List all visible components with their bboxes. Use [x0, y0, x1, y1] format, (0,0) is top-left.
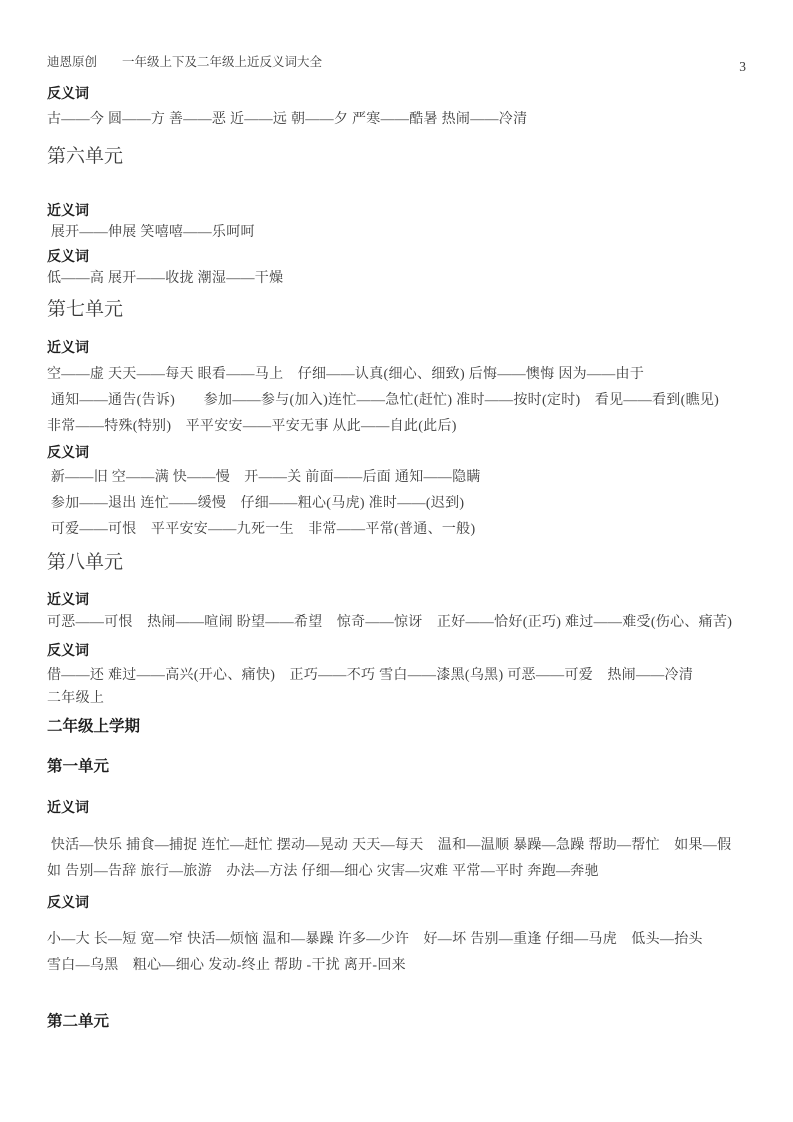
synonyms-word-list: 快活—快乐 捕食—捕捉 连忙—赶忙 摆动—晃动 天天—每天 温和—温顺 暴躁—急… [47, 833, 751, 885]
unit-7-heading: 第七单元 [47, 296, 751, 323]
synonyms-word-list: 空——虚 天天——每天 眼看——马上 仔细——认真(细心、细致) 后悔——懊悔 … [47, 362, 751, 440]
page-number: 3 [739, 58, 746, 75]
synonyms-word-list: 展开——伸展 笑嘻嘻——乐呵呵 [47, 220, 751, 246]
antonyms-word-list: 古——今 圆——方 善——恶 近——远 朝——夕 严寒——酷暑 热闹——冷清 [47, 107, 751, 133]
synonyms-label: 近义词 [47, 797, 751, 817]
antonyms-label: 反义词 [47, 892, 751, 912]
synonyms-label: 近义词 [47, 589, 751, 609]
synonyms-label: 近义词 [47, 200, 751, 220]
synonyms-label: 近义词 [47, 337, 751, 357]
unit-6-heading: 第六单元 [47, 143, 751, 170]
unit-2-heading: 第二单元 [47, 1011, 751, 1033]
antonyms-label: 反义词 [47, 83, 751, 103]
unit-8-heading: 第八单元 [47, 549, 751, 576]
antonyms-label: 反义词 [47, 640, 751, 660]
doc-title: 迪恩原创 一年级上下及二年级上近反义词大全 [47, 54, 322, 71]
antonyms-word-list: 小—大 长—短 宽—窄 快活—烦恼 温和—暴躁 许多—少许 好—坏 告别—重逢 … [47, 927, 751, 979]
antonyms-word-list: 新——旧 空——满 快——慢 开——关 前面——后面 通知——隐瞒 参加——退出… [47, 465, 751, 543]
antonyms-label: 反义词 [47, 442, 751, 462]
grade2-semester-heading: 二年级上学期 [47, 716, 751, 738]
page-header: 迪恩原创 一年级上下及二年级上近反义词大全 3 [47, 54, 751, 75]
synonyms-word-list: 可恶——可恨 热闹——喧闹 盼望——希望 惊奇——惊讶 正好——恰好(正巧) 难… [47, 610, 751, 636]
antonyms-word-list: 低——高 展开——收拢 潮湿——干燥 [47, 266, 751, 292]
document-page: 迪恩原创 一年级上下及二年级上近反义词大全 3 反义词 古——今 圆——方 善—… [0, 0, 793, 1122]
antonyms-label: 反义词 [47, 246, 751, 266]
unit-1-heading: 第一单元 [47, 756, 751, 778]
antonyms-word-list: 借——还 难过——高兴(开心、痛快) 正巧——不巧 雪白——漆黑(乌黑) 可恶—… [47, 664, 751, 710]
